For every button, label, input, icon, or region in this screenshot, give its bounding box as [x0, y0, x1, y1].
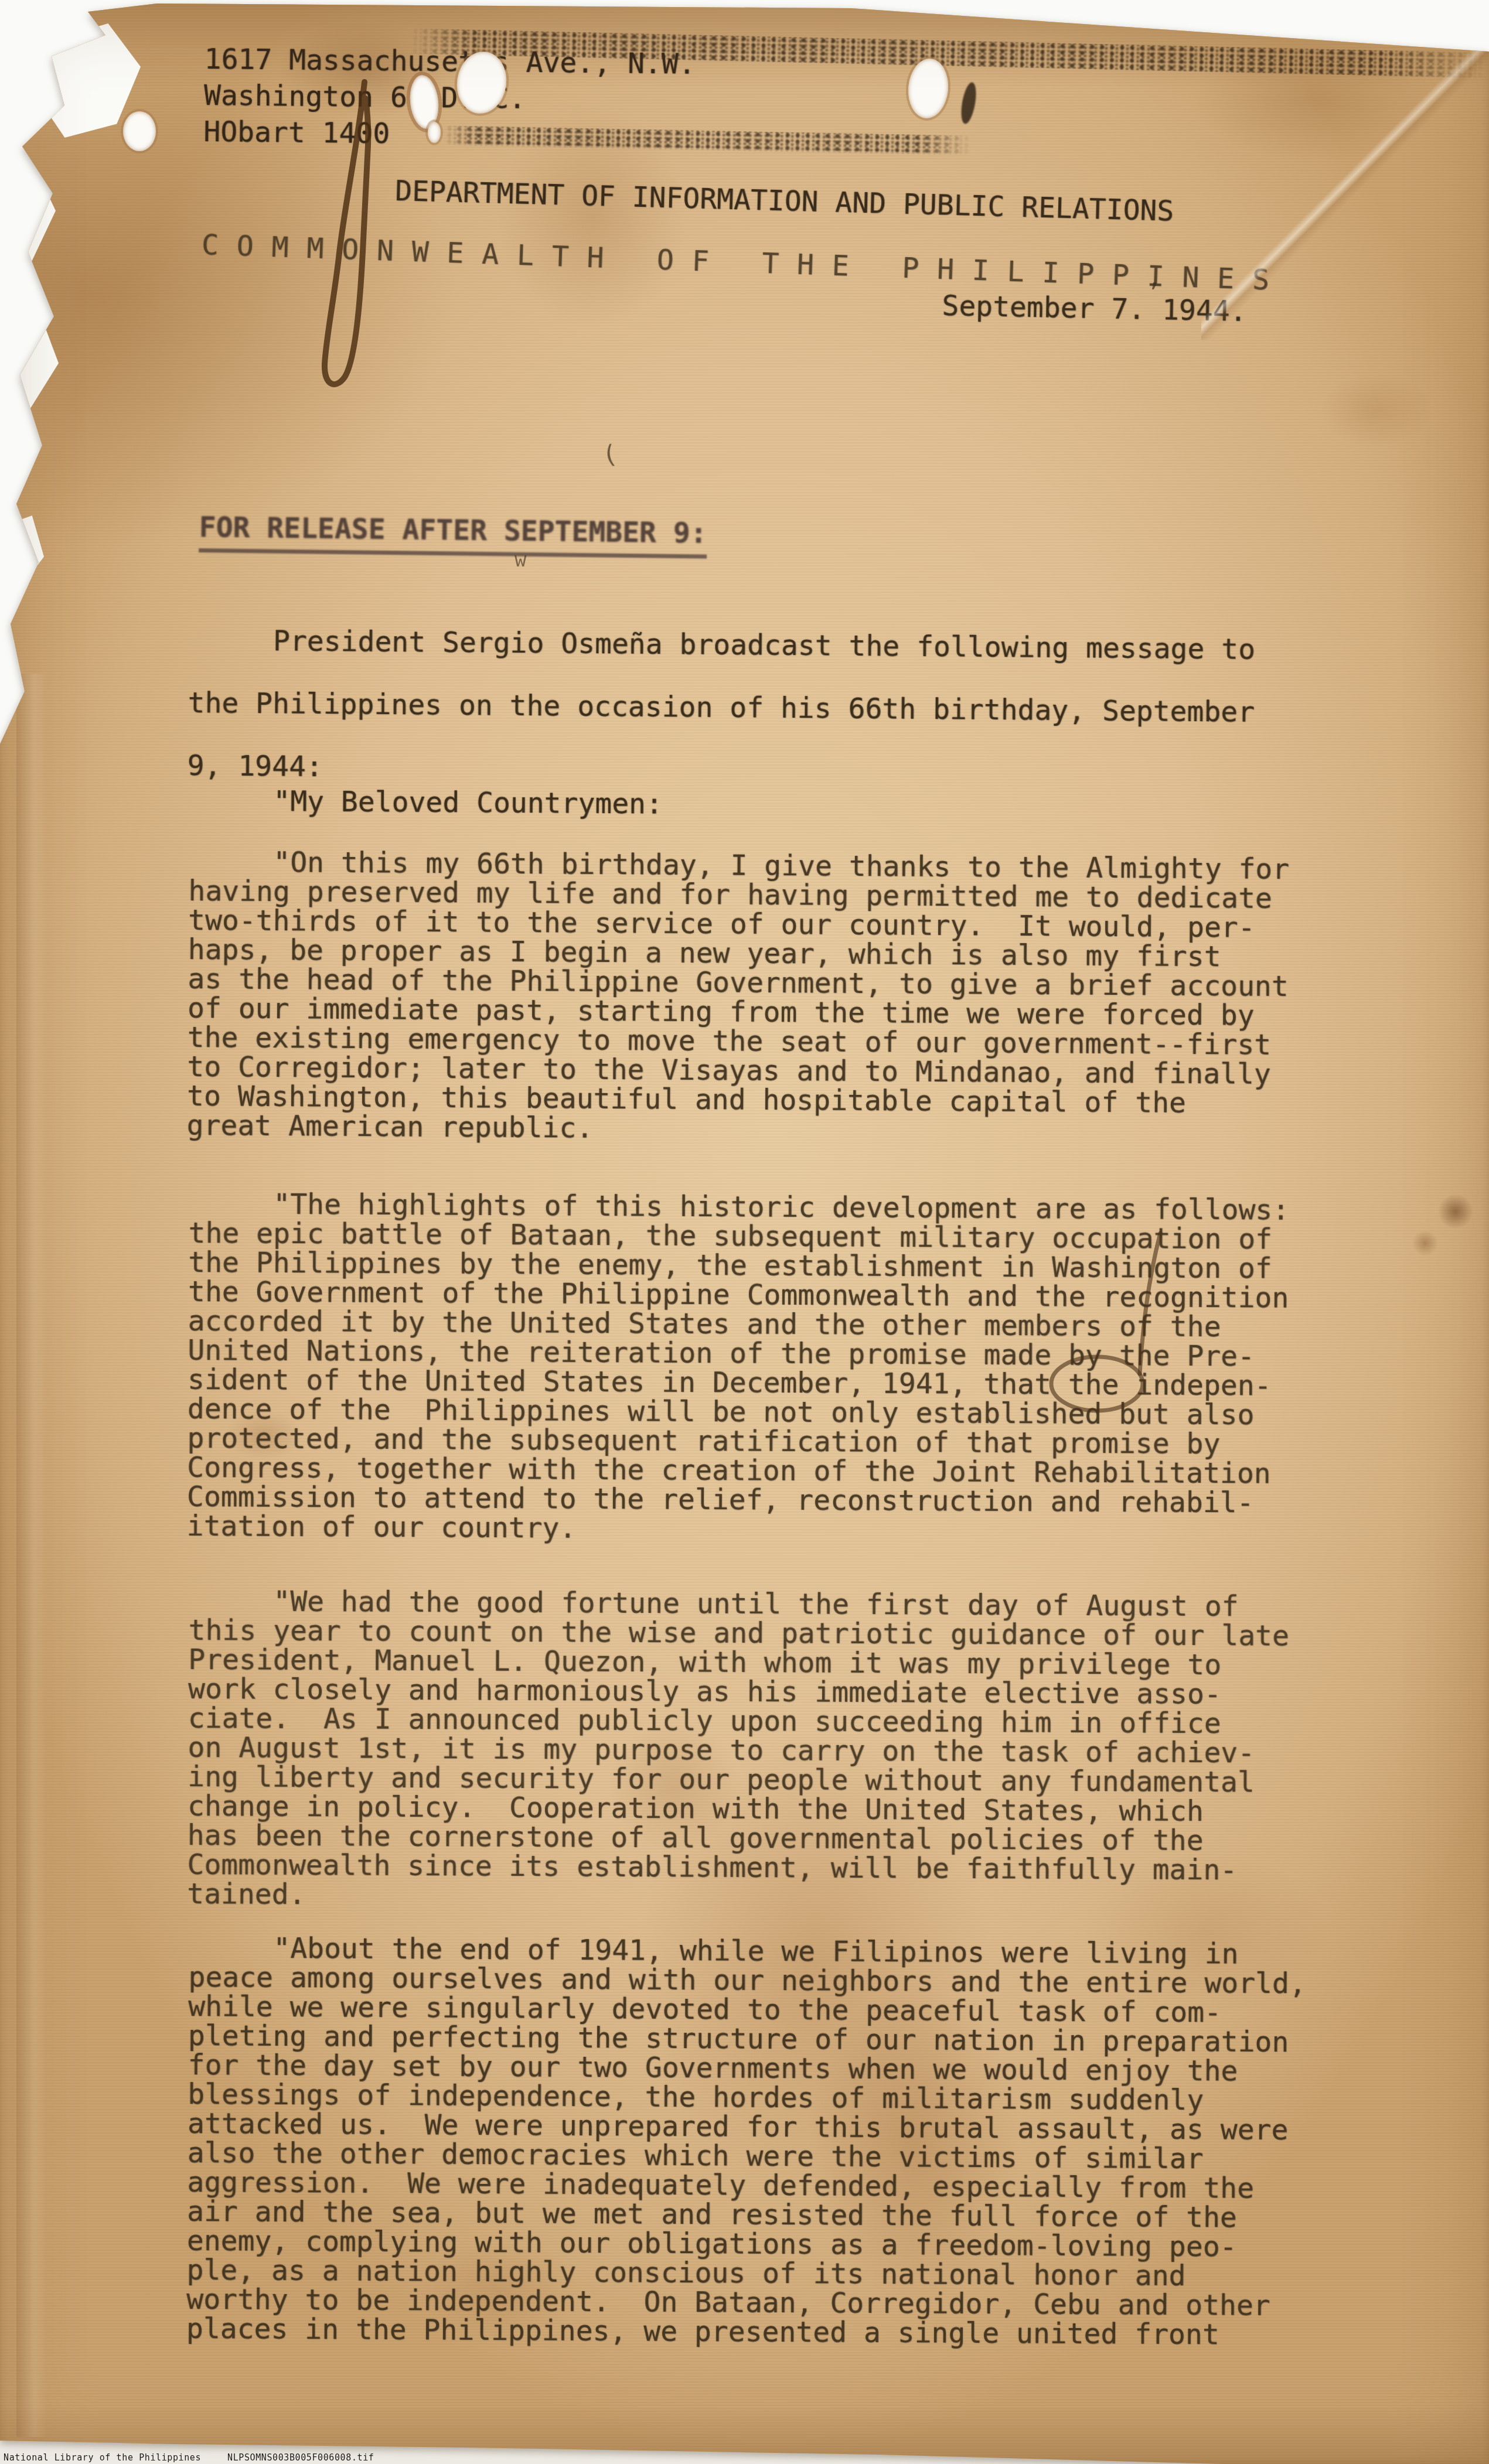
- letterhead: 1617 Massachusetts Ave., N.W. Washington…: [203, 41, 696, 155]
- salutation-line: "My Beloved Countrymen:: [189, 786, 663, 819]
- typed-line: President Sergio Osmeña broadcast the fo…: [188, 609, 1255, 681]
- paper-hole: [123, 111, 156, 151]
- ink-blot: [959, 81, 979, 125]
- paper-crease: [16, 674, 47, 2437]
- date-text: September 7. 1944.: [942, 291, 1247, 327]
- torn-edge-gouge: [32, 23, 141, 138]
- commonwealth-heading-text: C O M M O N W E A L T H O F T H E P H I …: [201, 230, 1270, 295]
- typed-line: places in the Philippines, we presented …: [186, 2314, 1304, 2350]
- salutation-text: "My Beloved Countrymen:: [189, 786, 663, 819]
- document-page: 1617 Massachusetts Ave., N.W. Washington…: [0, 0, 1489, 2464]
- stray-ink-mark: (: [601, 439, 619, 470]
- commonwealth-heading: C O M M O N W E A L T H O F T H E P H I …: [201, 230, 1270, 295]
- paragraph-1: "On this my 66th birthday, I give thanks…: [187, 847, 1290, 1148]
- typed-line: the Philippines on the occasion of his 6…: [188, 672, 1255, 744]
- department-heading-text: DEPARTMENT OF INFORMATION AND PUBLIC REL…: [395, 176, 1174, 227]
- release-heading: FOR RELEASE AFTER SEPTEMBER 9:: [199, 511, 707, 559]
- typed-line: itation of our country.: [187, 1511, 1288, 1547]
- letterhead-phone-line: HObart 1400: [203, 114, 695, 155]
- stray-ink-mark: w: [514, 548, 526, 572]
- date-line: September 7. 1944.: [942, 291, 1247, 327]
- typed-line: tained.: [187, 1879, 1288, 1914]
- letterhead-address-line2: Washington 6, D. C.: [204, 77, 696, 119]
- letterhead-address-line1: 1617 Massachusetts Ave., N.W.: [204, 41, 696, 83]
- intro-paragraph: President Sergio Osmeña broadcast the fo…: [187, 609, 1255, 807]
- release-heading-text: FOR RELEASE AFTER SEPTEMBER 9:: [199, 511, 707, 559]
- paper-wrapper: 1617 Massachusetts Ave., N.W. Washington…: [0, 0, 1489, 2464]
- paragraph-3: "We had the good fortune until the first…: [187, 1586, 1289, 1914]
- torn-edge-gouge: [0, 316, 59, 410]
- paper-hole: [428, 122, 441, 143]
- paragraph-4: "About the end of 1941, while we Filipin…: [186, 1933, 1306, 2350]
- torn-edge-gouge: [0, 516, 44, 592]
- paper-hole: [906, 57, 951, 120]
- department-heading: DEPARTMENT OF INFORMATION AND PUBLIC REL…: [395, 176, 1174, 227]
- torn-edge-gouge: [0, 164, 56, 275]
- paragraph-2: "The highlights of this historic develop…: [187, 1189, 1290, 1547]
- scanned-document-view: National Library of the Philippines NLPS…: [0, 0, 1489, 2464]
- stray-ink-mark: ,: [1147, 265, 1161, 292]
